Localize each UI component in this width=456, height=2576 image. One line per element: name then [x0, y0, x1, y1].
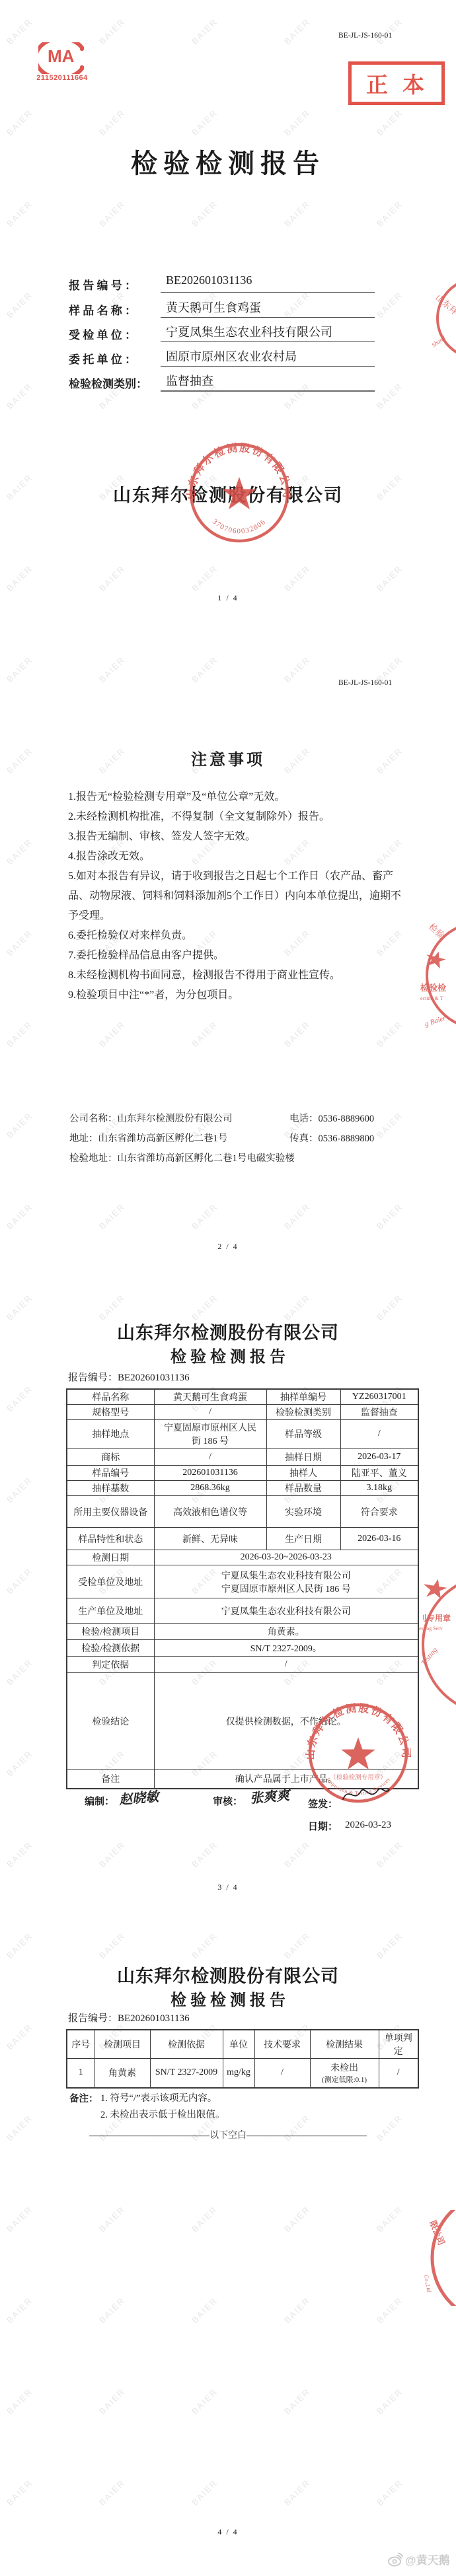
baier-watermark: BAIER: [190, 1201, 219, 1231]
company-name-label: 公司名称：: [69, 1114, 118, 1124]
info-cell-value: SN/T 2327-2009。: [154, 1640, 418, 1657]
weibo-watermark: @黄天鹅: [387, 2551, 450, 2567]
info-cell-value: 宁夏凤集生态农业科技有限公司 宁夏固原市原州区人民街 186 号: [154, 1565, 418, 1598]
remark-item: 2. 未检出表示低于检出限值。: [100, 2107, 225, 2124]
baier-watermark: BAIER: [5, 2295, 34, 2325]
svg-text:检验检: 检验检: [420, 983, 447, 993]
cover-field-value: BE202601031136: [161, 273, 375, 293]
baier-watermark: BAIER: [282, 108, 312, 137]
info-cell-value: /: [154, 1405, 266, 1420]
baier-watermark: BAIER: [190, 17, 219, 46]
notice-item: 9.检验项目中注“*”者，为分包项目。: [68, 985, 404, 1005]
baier-watermark: BAIER: [282, 1840, 312, 1869]
info-cell-label: 判定依据: [67, 1657, 154, 1673]
info-table-row: 样品编号202601031136抽样人陆亚平、董义: [67, 1466, 418, 1481]
result-header-cell: 检测依据: [150, 2030, 223, 2059]
info-cell-label: 检验检测类别: [266, 1405, 340, 1420]
info-cell-label: 备注: [67, 1770, 154, 1789]
baier-watermark: BAIER: [375, 2386, 404, 2416]
baier-watermark: BAIER: [190, 108, 219, 137]
baier-watermark: BAIER: [97, 199, 127, 229]
form-code-page1: BE-JL-JS-160-01: [338, 32, 392, 40]
baier-watermark: BAIER: [375, 199, 404, 229]
baier-watermark: BAIER: [97, 655, 127, 684]
address-label: 地址：: [69, 1133, 98, 1144]
info-cell-label: 规格型号: [67, 1405, 154, 1420]
info-cell-label: 检测日期: [67, 1550, 154, 1565]
notice-item: 8.未经检测机构书面同意，检测报告不得用于商业性宣传。: [68, 966, 404, 985]
partial-seal-page1: 山东拜 Shand: [415, 269, 456, 369]
cover-field-label: 检验检测类别：: [69, 375, 147, 391]
baier-watermark: BAIER: [97, 563, 127, 593]
blank-below-divider: —————————————以下空白—————————————: [0, 2128, 456, 2141]
info-cell-value: 宁夏凤集生态农业科技有限公司: [154, 1598, 418, 1624]
result-cell: 1: [67, 2059, 95, 2088]
info-cell-value: 宁夏固原市原州区人民 街 186 号: [154, 1420, 266, 1449]
baier-watermark: BAIER: [375, 108, 404, 137]
info-cell-label: 商标: [67, 1449, 154, 1466]
issued-by-label: 签发：: [308, 1797, 338, 1810]
baier-watermark: BAIER: [190, 2478, 219, 2507]
svg-text:刂专用章: 刂专用章: [419, 1613, 451, 1623]
report-header-company-p3: 山东拜尔检测股份有限公司: [0, 1318, 456, 1344]
report-no-line-p3: 报告编号：BE202601031136: [68, 1370, 190, 1384]
info-cell-label: 检验/检测依据: [67, 1640, 154, 1657]
info-cell-label: 抽样人: [266, 1466, 340, 1481]
result-header-cell: 检测结果: [310, 2030, 379, 2059]
cma-logo: MA: [38, 42, 86, 77]
baier-watermark: BAIER: [5, 1657, 34, 1687]
info-table-row: 规格型号/检验检测类别监督抽查: [67, 1405, 418, 1420]
baier-watermark: BAIER: [282, 563, 312, 593]
phone-label: 电话：: [289, 1114, 319, 1124]
remark-label: 备注：: [69, 2091, 98, 2105]
baier-watermark: BAIER: [5, 563, 34, 593]
result-table-header-row: 序号检测项目检测依据单位技术要求检测结果单项判定: [67, 2030, 418, 2059]
info-cell-label: 生产日期: [266, 1528, 340, 1550]
notice-item: 1.报告无“检验检测专用章”及“单位公章”无效。: [68, 787, 404, 807]
cover-field-value: 监督抽查: [161, 372, 375, 392]
notice-item: 3.报告无编制、审核、签发人签字无效。: [68, 827, 404, 847]
weibo-handle: @黄天鹅: [405, 2551, 450, 2567]
baier-watermark: BAIER: [282, 1931, 312, 1960]
baier-watermark: BAIER: [97, 1201, 127, 1231]
info-cell-label: 检验结论: [67, 1673, 154, 1770]
info-cell-label: 生产单位及地址: [67, 1598, 154, 1624]
info-cell-value: 监督抽查: [340, 1405, 418, 1420]
info-cell-value: /: [154, 1449, 266, 1466]
svg-text:MA: MA: [48, 46, 75, 66]
report-header-title-p3: 检 验 检 测 报 告: [0, 1343, 456, 1367]
baier-watermark: BAIER: [5, 1748, 34, 1778]
info-cell-label: 样品等级: [266, 1420, 340, 1449]
svg-text:esting Serv: esting Serv: [419, 1626, 443, 1631]
baier-watermark: BAIER: [97, 1931, 127, 1960]
baier-watermark: BAIER: [375, 2295, 404, 2325]
info-table-row: 检验/检测依据SN/T 2327-2009。: [67, 1640, 418, 1657]
baier-watermark: BAIER: [5, 2204, 34, 2234]
remark-item: 1. 符号“/”表示该项无内容。: [100, 2091, 225, 2107]
baier-watermark: BAIER: [375, 2204, 404, 2234]
baier-watermark: BAIER: [97, 1019, 127, 1049]
info-cell-value: 角黄素。: [154, 1624, 418, 1640]
info-table-row: 抽样基数2868.36kg样品数量3.18kg: [67, 1481, 418, 1496]
info-cell-value: /: [154, 1657, 418, 1673]
baier-watermark: BAIER: [282, 1201, 312, 1231]
baier-watermark: BAIER: [282, 2478, 312, 2507]
page-number-4: 4 / 4: [0, 2527, 456, 2537]
notice-item: 2.未经检测机构批准，不得复制（全文复制除外）报告。: [68, 807, 404, 827]
baier-watermark: BAIER: [5, 199, 34, 229]
info-table-row: 判定依据/: [67, 1657, 418, 1673]
partial-seal-page2: 检验 检验检 ection & T g Baier: [416, 913, 456, 1042]
baier-watermark: BAIER: [5, 1566, 34, 1596]
baier-watermark: BAIER: [5, 2022, 34, 2052]
info-table-row: 样品特性和状态新鲜、无异味生产日期2026-03-16: [67, 1528, 418, 1550]
result-header-cell: 单项判定: [379, 2030, 418, 2059]
info-cell-label: 样品特性和状态: [67, 1528, 154, 1550]
baier-watermark: BAIER: [282, 2295, 312, 2325]
phone-line: 电话：0536-8889600: [289, 1111, 374, 1125]
result-cell: 角黄素: [95, 2059, 150, 2088]
baier-watermark: BAIER: [97, 108, 127, 137]
report-document: BAIERBAIERBAIERBAIERBAIERBAIERBAIERBAIER…: [0, 0, 456, 2576]
notice-heading: 注意事项: [0, 746, 456, 769]
info-cell-value: 2026-03-20~2026-03-23: [154, 1550, 418, 1565]
info-cell-value: YZ260317001: [340, 1389, 418, 1405]
info-cell-label: 检验/检测项目: [67, 1624, 154, 1640]
address-value: 山东省潍坊高新区孵化二巷1号: [98, 1133, 228, 1144]
baier-watermark: BAIER: [190, 199, 219, 229]
info-cell-label: 样品名称: [67, 1389, 154, 1405]
baier-watermark: BAIER: [5, 2478, 34, 2507]
baier-watermark: BAIER: [5, 1475, 34, 1505]
svg-text:Co.,Ltd.: Co.,Ltd.: [423, 2274, 433, 2295]
svg-text:Shand: Shand: [430, 334, 447, 348]
reviewed-by-signature: 张爽爽: [249, 1784, 290, 1807]
result-cell: SN/T 2327-2009: [150, 2059, 223, 2088]
page-number-2: 2 / 4: [0, 1242, 456, 1252]
baier-watermark: BAIER: [97, 2204, 127, 2234]
company-round-seal: 山东拜尔检测股份有限公司 3707060032806: [186, 440, 292, 549]
baier-watermark: BAIER: [97, 2295, 127, 2325]
report-no-value-p3: BE202601031136: [118, 1373, 190, 1383]
info-cell-value: 2868.36kg: [154, 1481, 266, 1496]
baier-watermark: BAIER: [97, 2386, 127, 2416]
svg-text:3707060032806: 3707060032806: [211, 518, 268, 536]
baier-watermark: BAIER: [375, 1840, 404, 1869]
partial-seal-page4: 限公司 Co.,Ltd.: [419, 2210, 456, 2306]
baier-watermark: BAIER: [5, 290, 34, 320]
baier-watermark: BAIER: [5, 2386, 34, 2416]
cover-field-value: 黄天鹅可生食鸡蛋: [161, 299, 375, 318]
baier-watermark: BAIER: [5, 381, 34, 411]
fax-value: 0536-8889800: [319, 1133, 375, 1144]
baier-watermark: BAIER: [282, 17, 312, 46]
baier-watermark: BAIER: [5, 17, 34, 46]
report-header-company-p4: 山东拜尔检测股份有限公司: [0, 1962, 456, 1987]
info-table-row: 检验/检测项目角黄素。: [67, 1624, 418, 1640]
original-copy-stamp: 正本: [348, 61, 445, 105]
issue-date-value: 2026-03-23: [345, 1820, 391, 1831]
info-cell-label: 抽样日期: [266, 1449, 340, 1466]
baier-watermark: BAIER: [375, 1201, 404, 1231]
result-header-cell: 序号: [67, 2030, 95, 2059]
info-cell-value: 2026-03-17: [340, 1449, 418, 1466]
baier-watermark: BAIER: [97, 1840, 127, 1869]
info-cell-label: 抽样地点: [67, 1420, 154, 1449]
page-number-1: 1 / 4: [0, 593, 456, 603]
test-address-value: 山东省潍坊高新区孵化二巷1号电磁实验楼: [118, 1153, 295, 1164]
info-cell-value: 高效液相色谱仪等: [154, 1496, 266, 1528]
baier-watermark: BAIER: [190, 563, 219, 593]
fax-line: 传真：0536-8889800: [289, 1131, 374, 1145]
baier-watermark: BAIER: [5, 1201, 34, 1231]
baier-watermark: BAIER: [190, 1019, 219, 1049]
result-cell-result: 未检出(测定低限:0.1): [310, 2059, 379, 2088]
info-table-row: 商标/抽样日期2026-03-17: [67, 1449, 418, 1466]
info-table-row: 检测日期2026-03-20~2026-03-23: [67, 1550, 418, 1565]
weibo-eye-icon: [387, 2552, 403, 2567]
baier-watermark: BAIER: [5, 108, 34, 137]
test-address-line: 检验地址：山东省潍坊高新区孵化二巷1号电磁实验楼: [69, 1151, 295, 1164]
company-name-line: 公司名称：山东拜尔检测股份有限公司: [69, 1111, 233, 1125]
report-no-line-p4: 报告编号：BE202601031136: [68, 2011, 190, 2024]
svg-text:g Baier: g Baier: [424, 1014, 447, 1028]
result-header-cell: 检测项目: [95, 2030, 150, 2059]
reviewed-by-label: 审核：: [213, 1794, 243, 1808]
info-cell-label: 抽样基数: [67, 1481, 154, 1496]
cma-number: 211520111664: [34, 74, 90, 82]
baier-watermark: BAIER: [375, 1931, 404, 1960]
baier-watermark: BAIER: [282, 2386, 312, 2416]
info-cell-value: /: [340, 1420, 418, 1449]
info-cell-label: 实验环境: [266, 1496, 340, 1528]
prepared-by-label: 编制：: [85, 1794, 114, 1808]
remark-list: 1. 符号“/”表示该项无内容。2. 未检出表示低于检出限值。: [100, 2091, 225, 2124]
info-cell-label: 所用主要仪器设备: [67, 1496, 154, 1528]
baier-watermark: BAIER: [5, 655, 34, 684]
cover-field-label: 报 告 编 号 ：: [69, 276, 136, 293]
baier-watermark: BAIER: [282, 199, 312, 229]
baier-watermark: BAIER: [5, 928, 34, 958]
baier-watermark: BAIER: [190, 655, 219, 684]
page-number-3: 3 / 4: [0, 1882, 456, 1892]
info-cell-value: 陆亚平、董义: [340, 1466, 418, 1481]
info-cell-label: 样品编号: [67, 1466, 154, 1481]
cover-field-label: 样 品 名 称 ：: [69, 301, 136, 318]
company-name-value: 山东拜尔检测股份有限公司: [118, 1114, 233, 1124]
baier-watermark: BAIER: [5, 1840, 34, 1869]
prepared-by-signature: 赵晓敏: [118, 1785, 159, 1808]
report-no-value-p4: BE202601031136: [118, 2013, 190, 2024]
result-limit-note: (测定低限:0.1): [313, 2074, 376, 2085]
issue-date-label: 日期：: [308, 1819, 338, 1833]
baier-watermark: BAIER: [97, 2478, 127, 2507]
info-table-row: 所用主要仪器设备高效液相色谱仪等实验环境符合要求: [67, 1496, 418, 1528]
document-title: 检验检测报告: [0, 143, 456, 180]
result-cell: /: [254, 2059, 310, 2088]
result-header-cell: 技术要求: [254, 2030, 310, 2059]
baier-watermark: BAIER: [282, 1019, 312, 1049]
test-address-label: 检验地址：: [69, 1153, 118, 1164]
info-table-row: 抽样地点宁夏固原市原州区人民 街 186 号样品等级/: [67, 1420, 418, 1449]
notice-item: 6.委托检验仅对来样负责。: [68, 926, 404, 946]
partial-seal-page3: 刂专用章 esting Serv Testing: [418, 1567, 456, 1719]
cover-field-label: 受 检 单 位 ：: [69, 326, 136, 342]
baier-watermark: BAIER: [5, 1931, 34, 1960]
info-table-row: 样品名称黄天鹅可生食鸡蛋抽样单编号YZ260317001: [67, 1389, 418, 1405]
report-header-title-p4: 检 验 检 测 报 告: [0, 1987, 456, 2010]
svg-text:（检验检测专用章）: （检验检测专用章）: [330, 1773, 387, 1781]
baier-watermark: BAIER: [5, 837, 34, 867]
baier-watermark: BAIER: [375, 2478, 404, 2507]
info-cell-value: 黄天鹅可生食鸡蛋: [154, 1389, 266, 1405]
baier-watermark: BAIER: [97, 17, 127, 46]
baier-watermark: BAIER: [190, 1931, 219, 1960]
address-line: 地址：山东省潍坊高新区孵化二巷1号: [69, 1131, 227, 1145]
info-table-row: 生产单位及地址宁夏凤集生态农业科技有限公司: [67, 1598, 418, 1624]
baier-watermark: BAIER: [375, 290, 404, 320]
result-cell-judgement: /: [379, 2059, 418, 2088]
info-cell-value: 2026-03-16: [340, 1528, 418, 1550]
notice-item: 4.报告涂改无效。: [68, 847, 404, 867]
result-table-row: 1角黄素SN/T 2327-2009mg/kg/未检出(测定低限:0.1)/: [67, 2059, 418, 2088]
cover-field-value: 固原市原州区农业农村局: [161, 347, 375, 367]
baier-watermark: BAIER: [190, 2204, 219, 2234]
result-header-cell: 单位: [223, 2030, 254, 2059]
baier-watermark: BAIER: [375, 563, 404, 593]
baier-watermark: BAIER: [190, 2386, 219, 2416]
baier-watermark: BAIER: [375, 1110, 404, 1140]
phone-value: 0536-8889600: [319, 1114, 375, 1124]
info-cell-value: 202601031136: [154, 1466, 266, 1481]
baier-watermark: BAIER: [190, 2295, 219, 2325]
form-code-page2: BE-JL-JS-160-01: [338, 679, 392, 687]
result-table: 序号检测项目检测依据单位技术要求检测结果单项判定1角黄素SN/T 2327-20…: [66, 2029, 419, 2089]
info-cell-label: 样品数量: [266, 1481, 340, 1496]
notice-item: 5.如对本报告有异议，请于收到报告之日起七个工作日（农产品、畜产品、动物尿液、饲…: [68, 867, 404, 926]
baier-watermark: BAIER: [375, 381, 404, 411]
baier-watermark: BAIER: [282, 2204, 312, 2234]
baier-watermark: BAIER: [375, 1019, 404, 1049]
baier-watermark: BAIER: [190, 1840, 219, 1869]
result-value: 未检出: [330, 2063, 358, 2073]
issuer-signature: [341, 1783, 391, 1806]
fax-label: 传真：: [289, 1133, 319, 1144]
info-table-row: 受检单位及地址宁夏凤集生态农业科技有限公司 宁夏固原市原州区人民街 186 号: [67, 1565, 418, 1598]
baier-watermark: BAIER: [5, 1384, 34, 1413]
baier-watermark: BAIER: [282, 655, 312, 684]
report-no-label-p3: 报告编号：: [68, 1373, 118, 1383]
info-cell-value: 3.18kg: [340, 1481, 418, 1496]
info-cell-label: 受检单位及地址: [67, 1565, 154, 1598]
baier-watermark: BAIER: [5, 1110, 34, 1140]
info-cell-value: 符合要求: [340, 1496, 418, 1528]
notice-item: 7.委托检验样品信息由客户提供。: [68, 946, 404, 966]
svg-text:ection & T: ection & T: [420, 995, 443, 1001]
report-no-label-p4: 报告编号：: [68, 2013, 118, 2024]
result-cell: mg/kg: [223, 2059, 254, 2088]
info-cell-value: 新鲜、无异味: [154, 1528, 266, 1550]
info-cell-label: 抽样单编号: [266, 1389, 340, 1405]
baier-watermark: BAIER: [5, 1019, 34, 1049]
cover-field-label: 委 托 单 位 ：: [69, 350, 136, 367]
cover-field-value: 宁夏凤集生态农业科技有限公司: [161, 323, 375, 342]
notice-list: 1.报告无“检验检测专用章”及“单位公章”无效。2.未经检测机构批准，不得复制（…: [68, 787, 404, 1005]
